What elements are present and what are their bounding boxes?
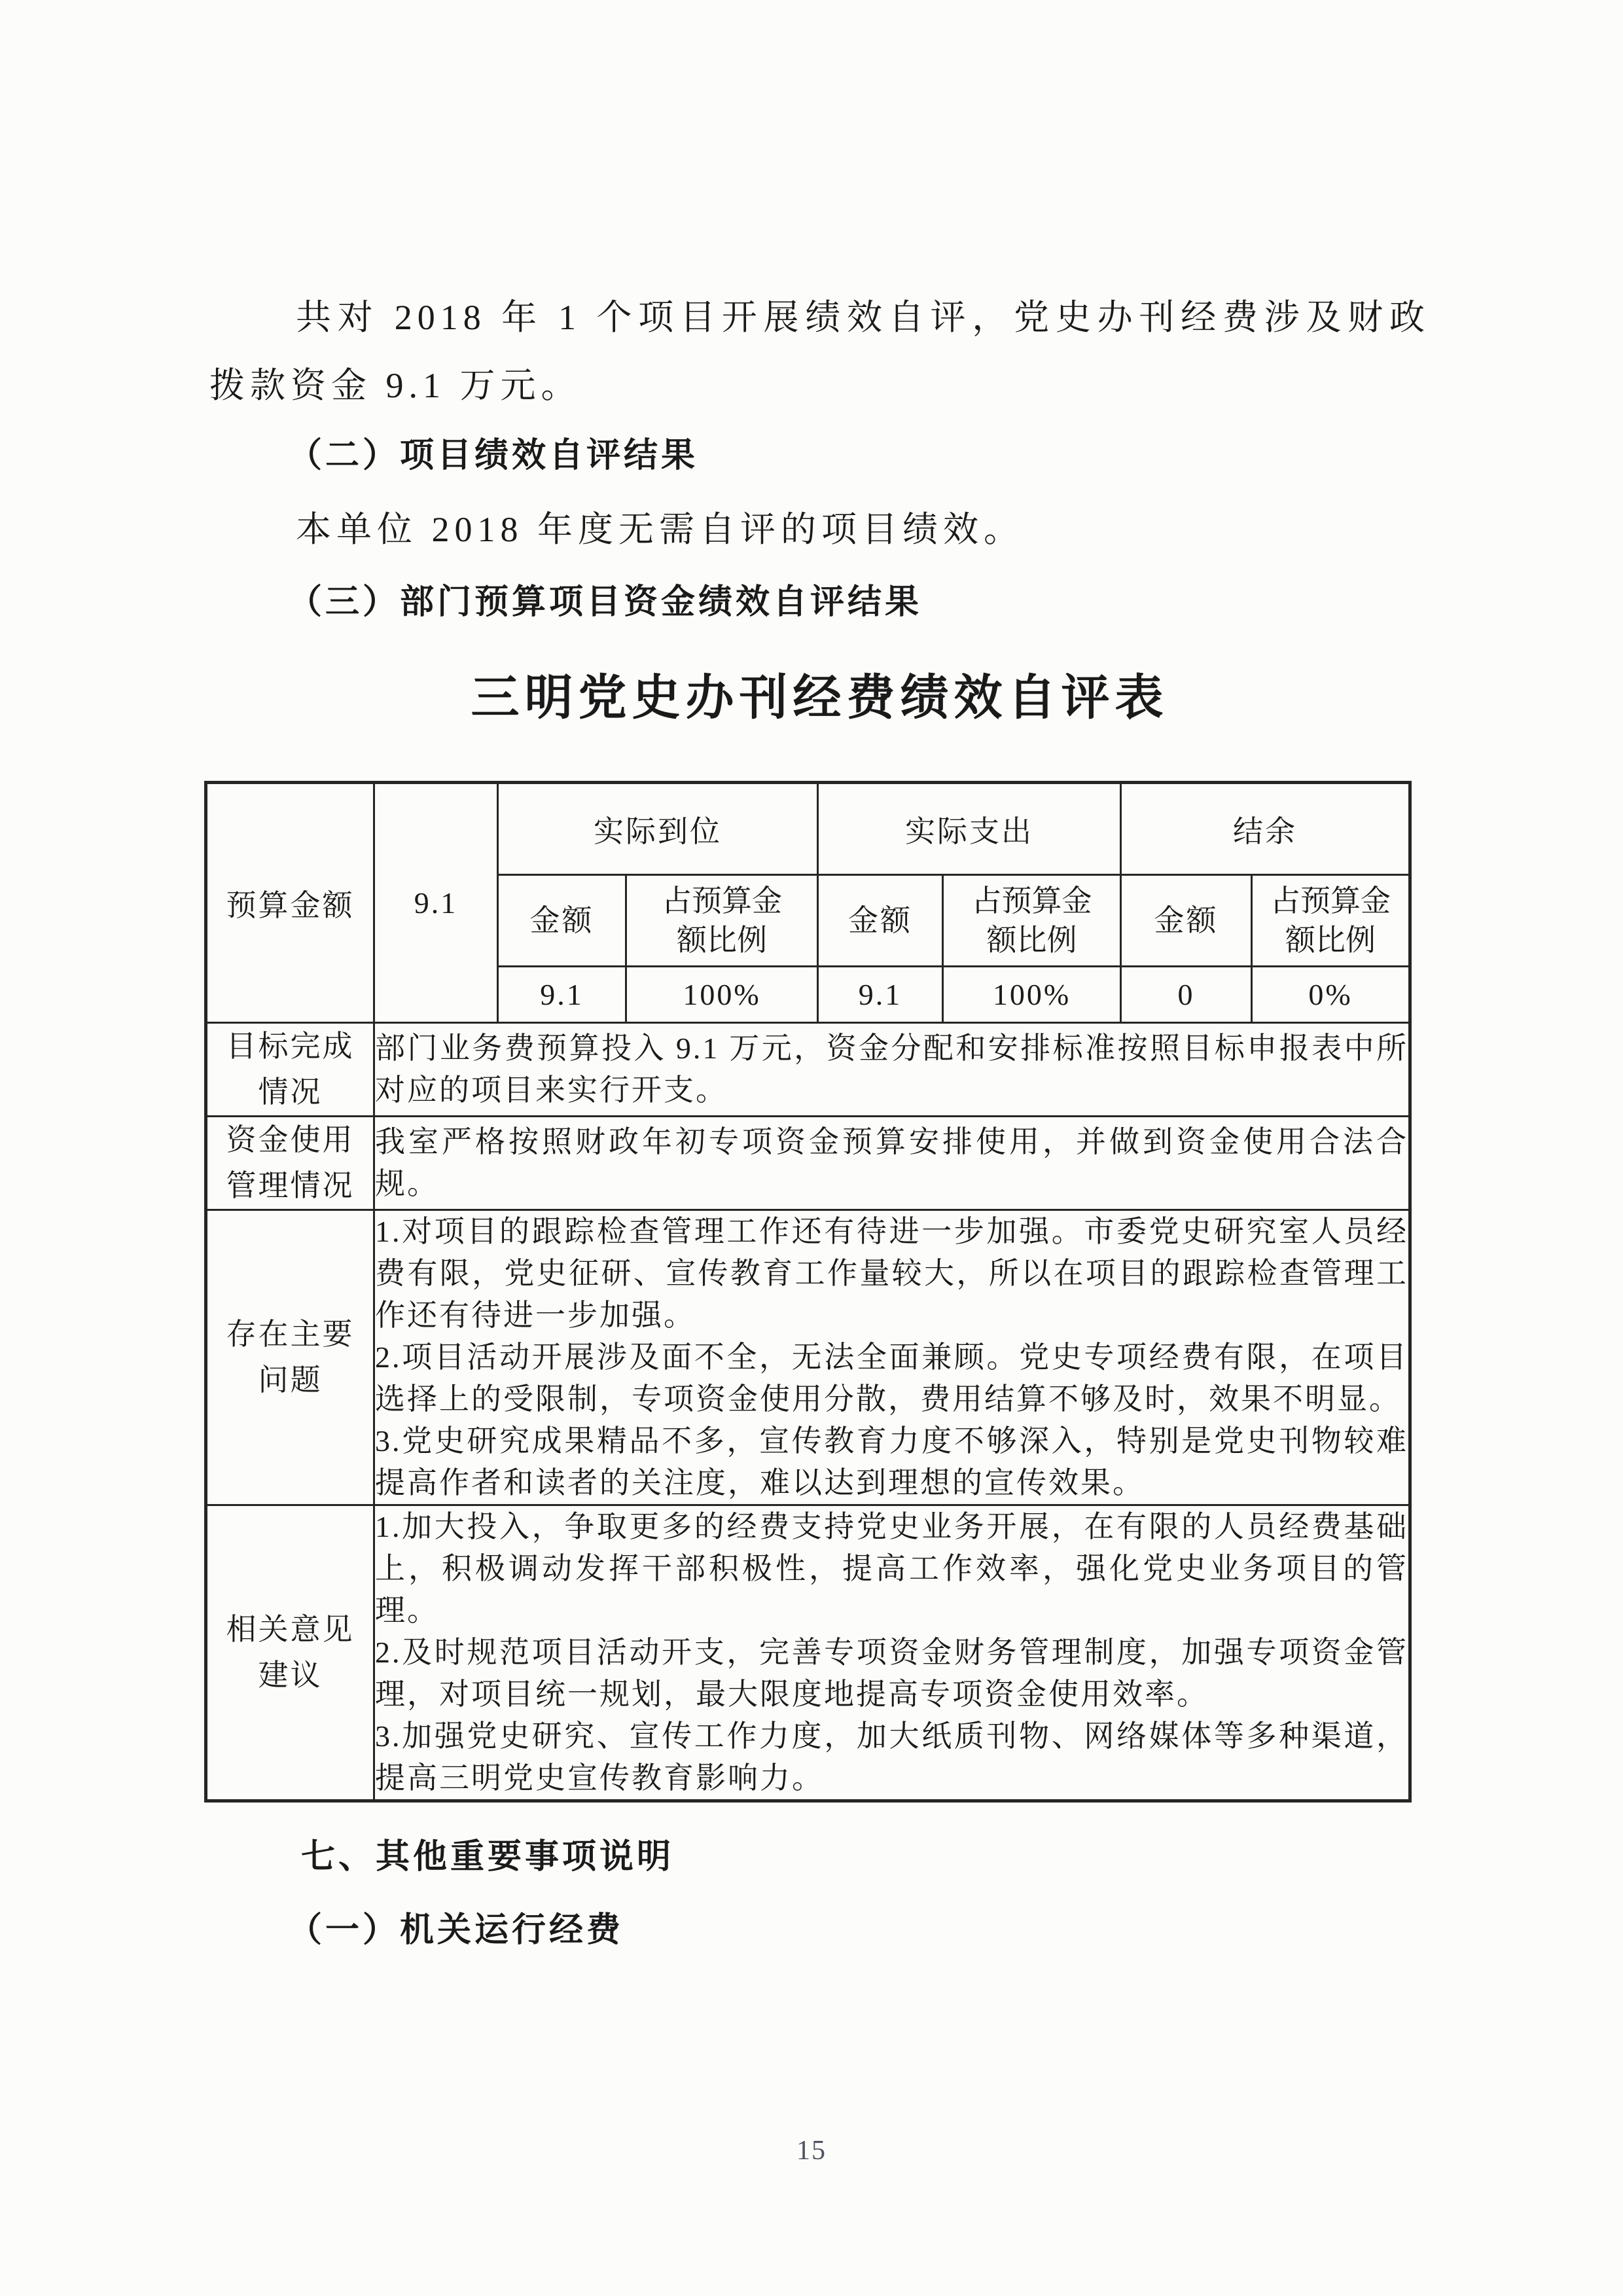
amount-header: 金额 bbox=[498, 875, 626, 967]
received-amount: 9.1 bbox=[498, 967, 626, 1023]
spent-ratio: 100% bbox=[943, 967, 1121, 1023]
ratio-header: 占预算金 额比例 bbox=[943, 875, 1121, 967]
amount-header: 金额 bbox=[1121, 875, 1252, 967]
balance-amount: 0 bbox=[1121, 967, 1252, 1023]
heading-section-2: （二）项目绩效自评结果 bbox=[209, 420, 1430, 493]
group-header-actual-spent: 实际支出 bbox=[818, 783, 1121, 875]
content-item: 我室严格按照财政年初专项资金预算安排使用，并做到资金使用合法合规。 bbox=[375, 1121, 1408, 1205]
budget-amount-label: 预算金额 bbox=[206, 783, 374, 1023]
table-row: 预算金额 9.1 实际到位 实际支出 结余 bbox=[206, 783, 1410, 875]
received-ratio: 100% bbox=[626, 967, 818, 1023]
amount-header: 金额 bbox=[818, 875, 943, 967]
spent-amount: 9.1 bbox=[818, 967, 943, 1023]
content-item: 1.加大投入，争取更多的经费支持党史业务开展，在有限的人员经费基础上，积极调动发… bbox=[375, 1506, 1408, 1632]
intro-paragraph: 共对 2018 年 1 个项目开展绩效自评，党史办刊经费涉及财政拨款资金 9.1… bbox=[209, 0, 1430, 420]
row-content: 1.加大投入，争取更多的经费支持党史业务开展，在有限的人员经费基础上，积极调动发… bbox=[374, 1505, 1410, 1801]
heading-section-7: 七、其他重要事项说明 bbox=[209, 1821, 1430, 1894]
ratio-header: 占预算金 额比例 bbox=[626, 875, 818, 967]
budget-amount-value: 9.1 bbox=[374, 783, 498, 1023]
content-item: 3.党史研究成果精品不多，宣传教育力度不够深入，特别是党史刊物较难提高作者和读者… bbox=[375, 1420, 1408, 1504]
table-title: 三明党史办刊经费绩效自评表 bbox=[209, 653, 1430, 744]
paragraph-no-self-eval: 本单位 2018 年度无需自评的项目绩效。 bbox=[209, 493, 1430, 566]
row-content: 我室严格按照财政年初专项资金预算安排使用，并做到资金使用合法合规。 bbox=[374, 1117, 1410, 1210]
content-item: 2.及时规范项目活动开支，完善专项资金财务管理制度，加强专项资金管理，对项目统一… bbox=[375, 1632, 1408, 1715]
row-label: 存在主要 问题 bbox=[206, 1210, 374, 1505]
content-item: 部门业务费预算投入 9.1 万元，资金分配和安排标准按照目标申报表中所对应的项目… bbox=[375, 1028, 1408, 1111]
ratio-header: 占预算金 额比例 bbox=[1252, 875, 1410, 967]
group-header-balance: 结余 bbox=[1121, 783, 1410, 875]
heading-section-7-1: （一）机关运行经费 bbox=[209, 1894, 1430, 1967]
content-item: 1.对项目的跟踪检查管理工作还有待进一步加强。市委党史研究室人员经费有限，党史征… bbox=[375, 1211, 1408, 1336]
row-content: 部门业务费预算投入 9.1 万元，资金分配和安排标准按照目标申报表中所对应的项目… bbox=[374, 1023, 1410, 1117]
document-page: 共对 2018 年 1 个项目开展绩效自评，党史办刊经费涉及财政拨款资金 9.1… bbox=[0, 0, 1623, 2296]
row-label: 相关意见 建议 bbox=[206, 1505, 374, 1801]
page-number: 15 bbox=[0, 2135, 1623, 2166]
table-row-fund-management: 资金使用 管理情况 我室严格按照财政年初专项资金预算安排使用，并做到资金使用合法… bbox=[206, 1117, 1410, 1210]
balance-ratio: 0% bbox=[1252, 967, 1410, 1023]
table-row-goal-completion: 目标完成 情况 部门业务费预算投入 9.1 万元，资金分配和安排标准按照目标申报… bbox=[206, 1023, 1410, 1117]
row-content: 1.对项目的跟踪检查管理工作还有待进一步加强。市委党史研究室人员经费有限，党史征… bbox=[374, 1210, 1410, 1505]
page-content: 共对 2018 年 1 个项目开展绩效自评，党史办刊经费涉及财政拨款资金 9.1… bbox=[209, 0, 1430, 1967]
content-item: 2.项目活动开展涉及面不全，无法全面兼顾。党史专项经费有限，在项目选择上的受限制… bbox=[375, 1336, 1408, 1420]
row-label: 目标完成 情况 bbox=[206, 1023, 374, 1117]
heading-section-3: （三）部门预算项目资金绩效自评结果 bbox=[209, 566, 1430, 639]
table-row-main-problems: 存在主要 问题 1.对项目的跟踪检查管理工作还有待进一步加强。市委党史研究室人员… bbox=[206, 1210, 1410, 1505]
row-label: 资金使用 管理情况 bbox=[206, 1117, 374, 1210]
group-header-actual-received: 实际到位 bbox=[498, 783, 818, 875]
content-item: 3.加强党史研究、宣传工作力度，加大纸质刊物、网络媒体等多种渠道，提高三明党史宣… bbox=[375, 1715, 1408, 1799]
self-evaluation-table: 预算金额 9.1 实际到位 实际支出 结余 金额 占预算金 额比例 金额 占预算… bbox=[204, 781, 1412, 1803]
table-row-suggestions: 相关意见 建议 1.加大投入，争取更多的经费支持党史业务开展，在有限的人员经费基… bbox=[206, 1505, 1410, 1801]
